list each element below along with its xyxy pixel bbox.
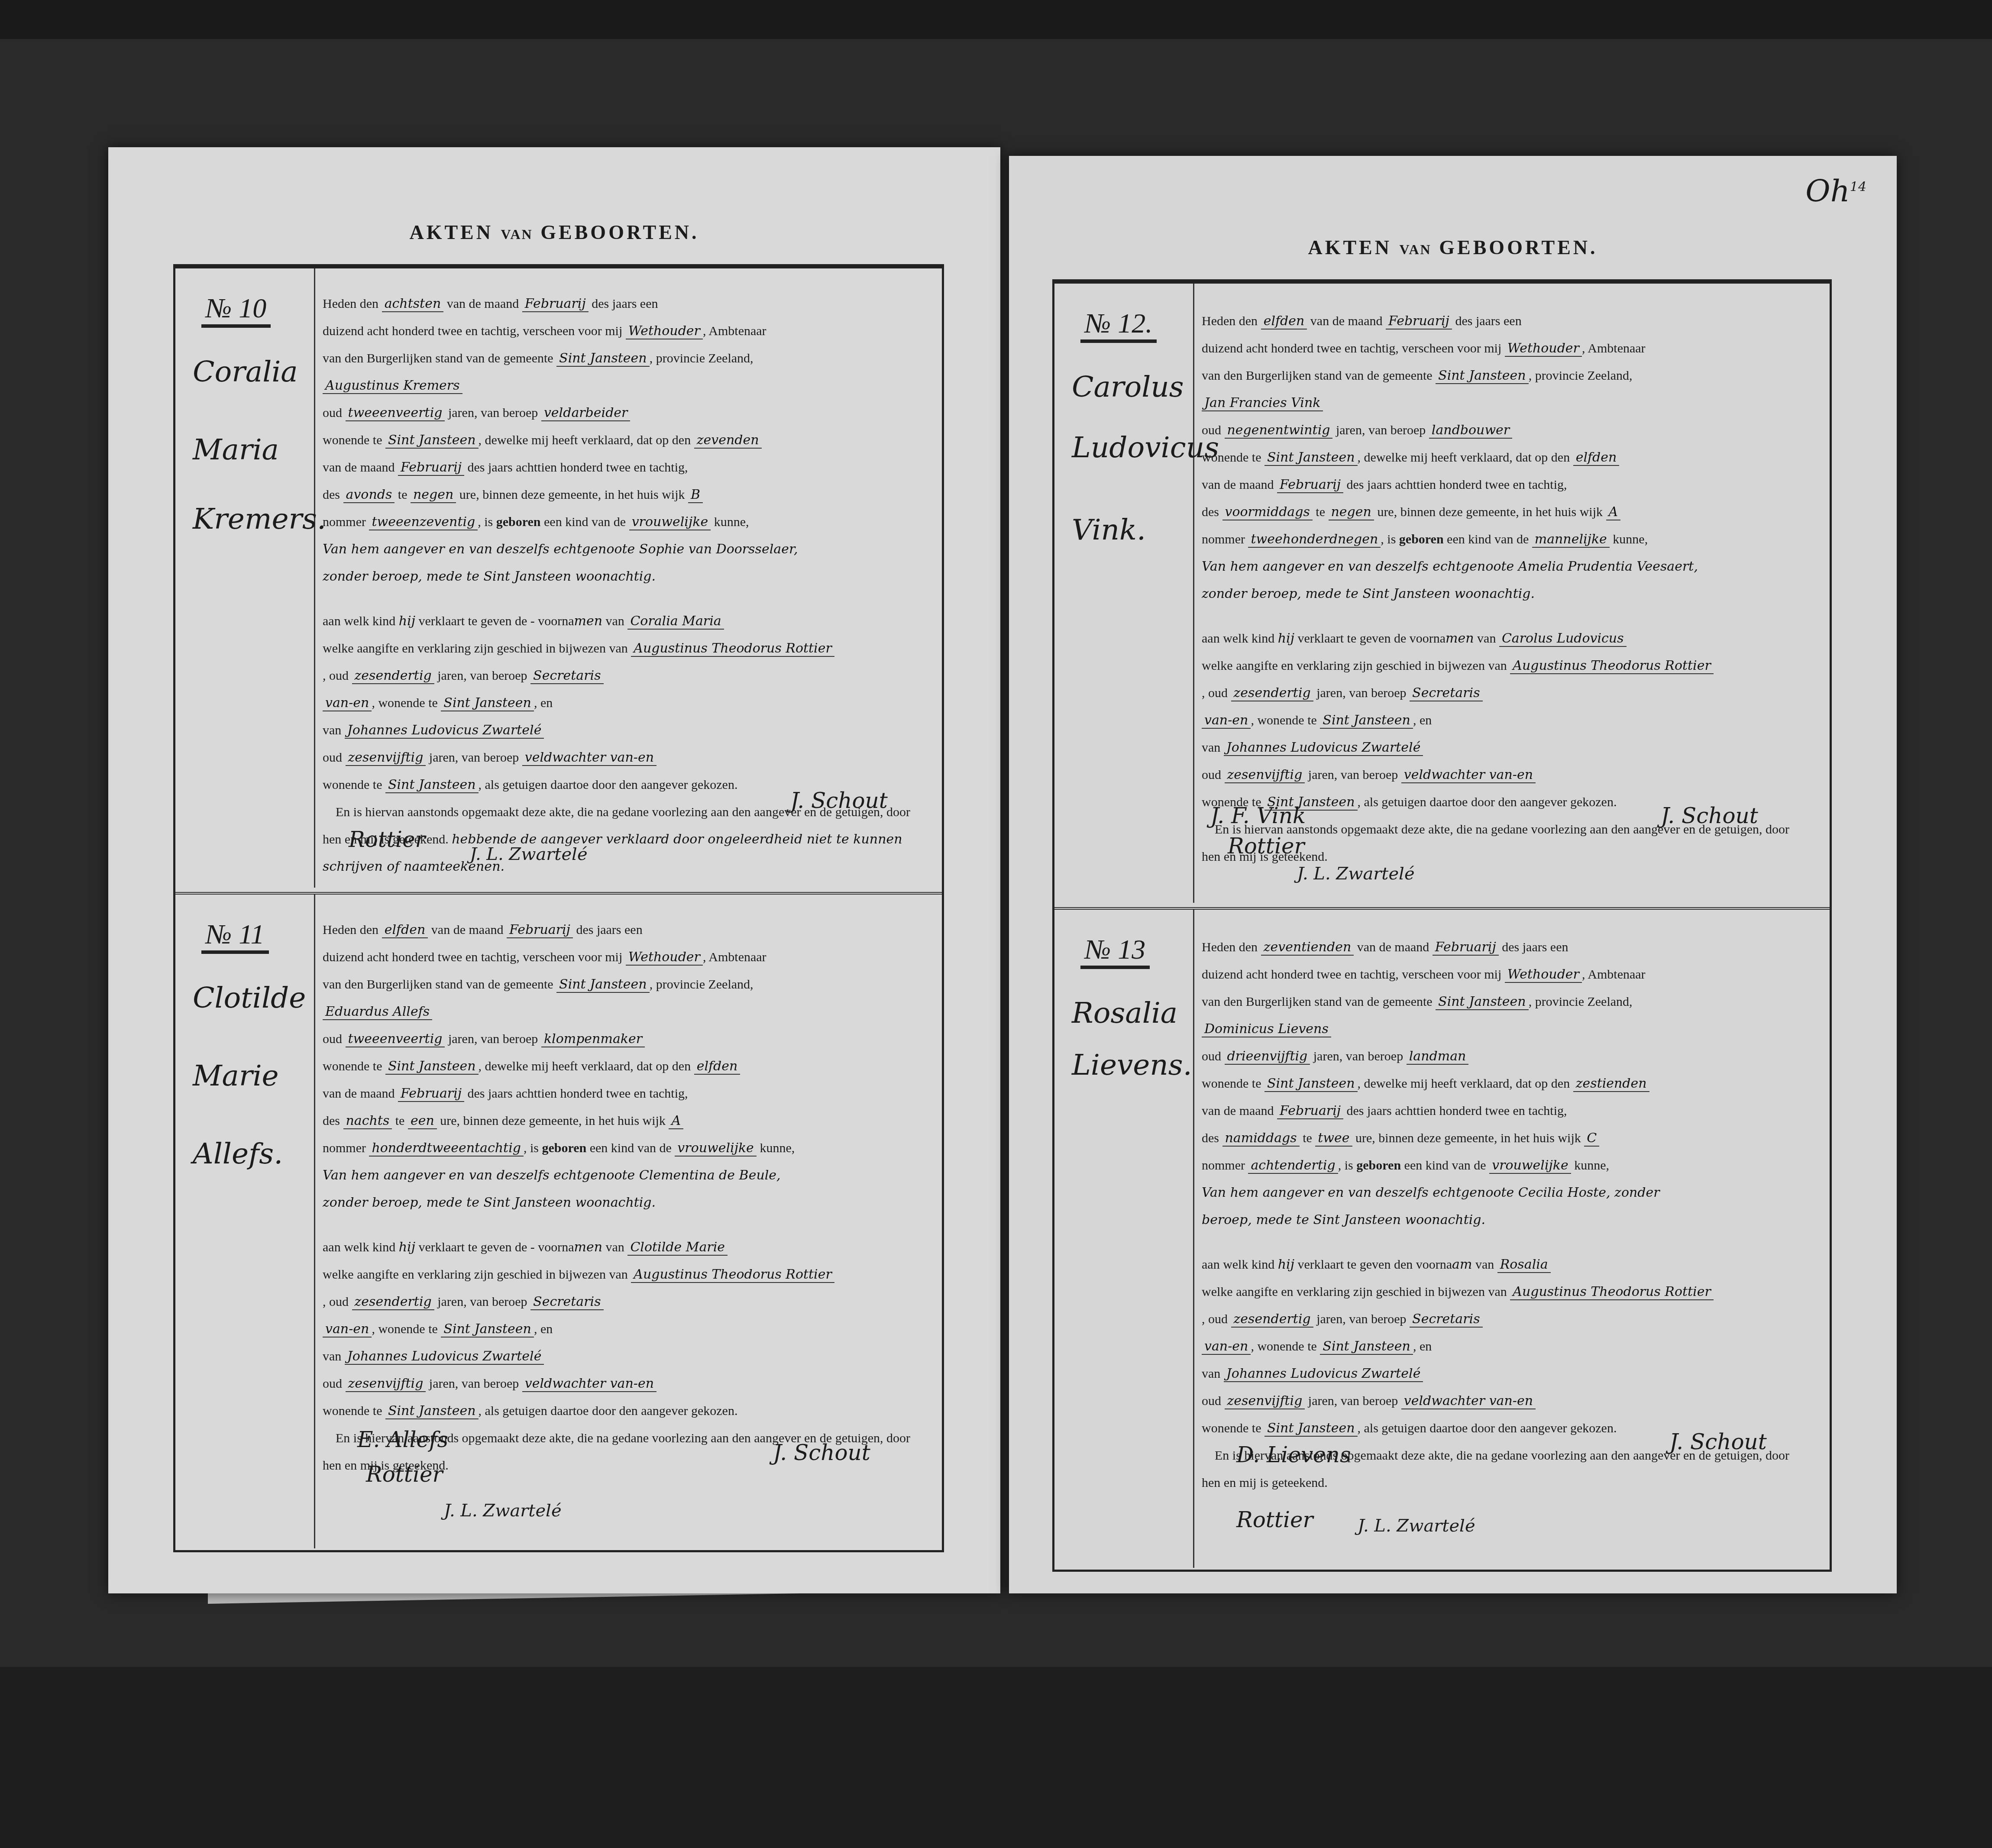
form-text: wonende te	[323, 433, 382, 447]
record-line: van Johannes Ludovicus Zwartelé	[323, 1343, 933, 1370]
form-text: nommer	[1202, 1158, 1245, 1173]
form-text: duizend acht honderd twee en tachtig, ve…	[323, 324, 622, 338]
form-text: , is	[478, 515, 493, 529]
form-text: oud	[323, 1376, 342, 1391]
form-text: , als getuigen daartoe door den aangever…	[479, 778, 738, 792]
handwritten-pronoun: hij	[1278, 1257, 1294, 1272]
handwritten-age: negenentwintig	[1225, 423, 1333, 439]
form-text: oud	[1202, 768, 1221, 782]
form-text: , Ambtenaar	[1582, 967, 1646, 982]
page-title: AKTEN VAN GEBOORTEN.	[108, 221, 1000, 244]
handwritten-pronoun: hij	[399, 614, 415, 629]
signature: J. L. Zwartelé	[1297, 864, 1415, 884]
handwritten-wijk: A	[1606, 504, 1621, 520]
form-text: jaren, van beroep	[429, 1376, 519, 1391]
form-text: geboren	[1356, 1158, 1401, 1173]
record-margin: № 11 Clotilde Marie Allefs.	[175, 895, 315, 1548]
handwritten-mother: zonder beroep, mede te Sint Jansteen woo…	[1202, 586, 1535, 601]
form-text: , dewelke mij heeft verklaard, dat op de…	[479, 1059, 691, 1073]
handwritten-declarant: Jan Francies Vink	[1202, 395, 1323, 411]
form-text: Heden den	[1202, 314, 1258, 328]
handwritten-occupation: klompenmaker	[541, 1031, 645, 1047]
handwritten-time-of-day: nachts	[343, 1113, 392, 1129]
handwritten-pronoun: hij	[399, 1240, 415, 1255]
handwritten-month: Februarij	[522, 296, 589, 312]
form-text: jaren, van beroep	[429, 750, 519, 765]
handwritten-witness-residence: Sint Jansteen	[441, 1321, 534, 1338]
form-text: ure, binnen deze gemeente, in het huis w…	[1355, 1131, 1581, 1145]
handwritten-sex: mannelijke	[1532, 532, 1610, 548]
form-text: des jaars een	[1502, 940, 1568, 954]
signature: Rottier	[366, 1462, 443, 1487]
record-line: welke aangifte en verklaring zijn geschi…	[323, 1261, 933, 1288]
handwritten-occupation: landbouwer	[1429, 423, 1512, 439]
form-text: voorna	[538, 1240, 574, 1254]
form-text: van	[323, 723, 341, 737]
handwritten-official: Wethouder	[626, 950, 703, 966]
handwritten-witness-occupation: Secretaris	[530, 1294, 603, 1310]
record-line: welke aangifte en verklaring zijn geschi…	[323, 635, 933, 662]
handwritten-birth-month: Februarij	[1277, 1103, 1343, 1119]
handwritten-hour: twee	[1315, 1131, 1352, 1147]
records-frame: № 12. Carolus Ludovicus Vink. Heden den …	[1052, 279, 1832, 1572]
form-text: te	[395, 1114, 405, 1128]
record-line: , oud zesendertig jaren, van beroep Secr…	[1202, 1305, 1821, 1333]
record-line: van den Burgerlijken stand van de gemeen…	[1202, 988, 1821, 1015]
form-text: welke aangifte en verklaring zijn geschi…	[1202, 1285, 1507, 1299]
handwritten-given-names: Rosalia	[1497, 1257, 1551, 1273]
form-text: des jaars achttien honderd twee en tacht…	[468, 1086, 688, 1101]
form-text: , en	[1413, 713, 1432, 727]
handwritten-birth-month: Februarij	[398, 1086, 464, 1102]
handwritten-day: achtsten	[382, 296, 444, 312]
margin-child-name: Carolus	[1072, 370, 1184, 404]
form-text: des jaars een	[576, 923, 642, 937]
handwritten-birth-day: zestienden	[1573, 1076, 1649, 1092]
handwritten-declarant: Dominicus Lievens	[1202, 1021, 1331, 1037]
record-line: welke aangifte en verklaring zijn geschi…	[1202, 652, 1821, 679]
title-word: AKTEN	[1308, 236, 1392, 258]
margin-child-name: Rosalia	[1072, 996, 1177, 1030]
form-text: welke aangifte en verklaring zijn geschi…	[323, 641, 628, 656]
folio-number: 14	[1850, 179, 1866, 194]
handwritten-witness: Augustinus Theodorus Rottier	[1510, 1284, 1714, 1300]
handwritten-residence: Sint Jansteen	[1264, 450, 1358, 466]
form-text: , provincie Zeeland,	[650, 977, 753, 992]
form-text: van	[323, 1349, 341, 1363]
form-text: oud	[1202, 1394, 1221, 1408]
form-text: , dewelke mij heeft verklaard, dat op de…	[1358, 1076, 1570, 1091]
handwritten-official: Wethouder	[1505, 967, 1582, 983]
handwritten-witness: Augustinus Theodorus Rottier	[631, 641, 834, 657]
handwritten-witness-age: zesendertig	[352, 668, 434, 684]
form-text: geboren	[1399, 532, 1444, 546]
handwritten-witness-age: zesendertig	[1231, 685, 1313, 701]
record-line: wonende te Sint Jansteen, dewelke mij he…	[1202, 1070, 1821, 1097]
form-text: , en	[534, 1322, 553, 1336]
handwritten-municipality: Sint Jansteen	[556, 977, 650, 993]
handwritten-occupation: veldarbeider	[541, 405, 631, 421]
signature: J. Schout	[1661, 803, 1758, 828]
margin-child-name: Lievens.	[1072, 1048, 1192, 1082]
form-text: van de maand	[1357, 940, 1429, 954]
form-text: van de maand	[431, 923, 504, 937]
handwritten-declarant: Eduardus Allefs	[323, 1004, 432, 1020]
handwritten-given-names: Clotilde Marie	[627, 1240, 728, 1256]
margin-child-name: Vink.	[1072, 513, 1146, 546]
record-line: Eduardus Allefs	[323, 998, 933, 1025]
handwritten-witness-occupation: van-en	[323, 1321, 372, 1338]
handwritten-witness-occupation: veldwachter van-en	[522, 750, 656, 766]
form-text: wonende te	[1202, 1076, 1261, 1091]
records-frame: № 10 Coralia Maria Kremers. Heden den ac…	[173, 264, 944, 1552]
form-text: een kind van de	[1404, 1158, 1486, 1173]
handwritten-witness: Augustinus Theodorus Rottier	[631, 1267, 834, 1283]
handwritten-age: drieenvijftig	[1225, 1049, 1310, 1065]
handwritten-wijk: C	[1584, 1131, 1599, 1147]
form-text: van de maand	[323, 1086, 395, 1101]
form-text: nommer	[323, 515, 366, 529]
form-text: verklaart te geven	[419, 1240, 512, 1254]
form-text: , provincie Zeeland,	[650, 351, 753, 365]
form-text: , oud	[323, 1295, 349, 1309]
record-line: Heden den elfden van de maand Februarij …	[1202, 307, 1821, 335]
form-text: van	[1475, 1257, 1494, 1272]
handwritten-month: Februarij	[1433, 940, 1499, 956]
form-text: oud	[323, 750, 342, 765]
record-line: wonende te Sint Jansteen, dewelke mij he…	[323, 426, 933, 454]
folio-initials: Oh	[1805, 173, 1850, 209]
record-line: van de maand Februarij des jaars achttie…	[323, 1080, 933, 1107]
form-text: , is	[524, 1141, 539, 1155]
record-body: Heden den zeventienden van de maand Febr…	[1202, 934, 1821, 1496]
record-line: van Johannes Ludovicus Zwartelé	[1202, 734, 1821, 761]
record-line: oud zesenvijftig jaren, van beroep veldw…	[323, 1370, 933, 1397]
handwritten-time-of-day: namiddags	[1222, 1131, 1300, 1147]
form-text: oud	[323, 1032, 342, 1046]
form-text: ure, binnen deze gemeente, in het huis w…	[1377, 505, 1603, 519]
form-text: , als getuigen daartoe door den aangever…	[1358, 795, 1617, 809]
form-text: des jaars een	[1455, 314, 1521, 328]
handwritten-birth-day: elfden	[1573, 450, 1620, 466]
form-text: jaren, van beroep	[437, 1295, 527, 1309]
record-line: van de maand Februarij des jaars achttie…	[1202, 1097, 1821, 1124]
form-text: van den Burgerlijken stand van de gemeen…	[1202, 995, 1433, 1009]
signature: J. Schout	[790, 788, 888, 813]
handwritten-witness-residence: Sint Jansteen	[441, 695, 534, 711]
form-text: duizend acht honderd twee en tachtig, ve…	[1202, 967, 1501, 982]
handwritten-birth-day: elfden	[694, 1059, 741, 1075]
form-text: Heden den	[323, 297, 378, 311]
record-line: duizend acht honderd twee en tachtig, ve…	[323, 943, 933, 971]
handwritten-witness-residence: Sint Jansteen	[1264, 1421, 1358, 1437]
handwritten-witness-age: zesenvijftig	[346, 750, 426, 766]
form-text: aan welk kind	[323, 614, 395, 628]
record-line: duizend acht honderd twee en tachtig, ve…	[1202, 335, 1821, 362]
signature: J. Schout	[773, 1440, 870, 1465]
handwritten-municipality: Sint Jansteen	[1436, 368, 1529, 384]
handwritten-mother: Van hem aangever en van deszelfs echtgen…	[1202, 559, 1698, 574]
margin-child-name: Allefs.	[193, 1137, 283, 1170]
form-text: jaren, van beroep	[1308, 1394, 1398, 1408]
form-text: wonende te	[1202, 450, 1261, 465]
handwritten-residence: Sint Jansteen	[385, 433, 479, 449]
record-line: oud tweeenveertig jaren, van beroep klom…	[323, 1025, 933, 1053]
record-line: van de maand Februarij des jaars achttie…	[1202, 471, 1821, 498]
title-word: GEBOORTEN.	[540, 221, 699, 243]
form-text: , dewelke mij heeft verklaard, dat op de…	[1358, 450, 1570, 465]
handwritten-house-number: honderdtweeentachtig	[369, 1140, 523, 1157]
handwritten-municipality: Sint Jansteen	[556, 351, 650, 367]
form-text: de -	[515, 1240, 535, 1254]
form-text: jaren, van beroep	[1313, 1049, 1403, 1063]
record-line: oud negenentwintig jaren, van beroep lan…	[1202, 417, 1821, 444]
signature: J. L. Zwartelé	[470, 844, 588, 864]
record-number: № 12.	[1080, 307, 1157, 343]
record-line: Van hem aangever en van deszelfs echtgen…	[1202, 553, 1821, 580]
folio-mark: Oh14	[1805, 173, 1866, 209]
signature: J. F. Vink	[1210, 803, 1306, 828]
record-line: schrijven of naamteekenen.	[323, 853, 933, 880]
signature: Rottier	[1228, 834, 1304, 859]
margin-child-name: Coralia	[193, 355, 298, 388]
form-text: van de maand	[1310, 314, 1383, 328]
record-line: duizend acht honderd twee en tachtig, ve…	[1202, 961, 1821, 988]
page-title: AKTEN VAN GEBOORTEN.	[1009, 236, 1897, 259]
left-page: AKTEN VAN GEBOORTEN. № 10 Coralia Maria …	[108, 147, 1000, 1593]
record-line: van de maand Februarij des jaars achttie…	[323, 454, 933, 481]
record-line: nommer tweehonderdnegen, is geboren een …	[1202, 526, 1821, 553]
handwritten-witness-occupation: veldwachter van-en	[522, 1376, 656, 1392]
handwritten-witness: Johannes Ludovicus Zwartelé	[345, 723, 544, 739]
handwritten-witness: Augustinus Theodorus Rottier	[1510, 658, 1714, 674]
form-text: des	[323, 1114, 340, 1128]
form-text: een kind van de	[1447, 532, 1529, 546]
form-text: jaren, van beroep	[448, 406, 538, 420]
handwritten-suffix: men	[574, 614, 603, 629]
record-line: van den Burgerlijken stand van de gemeen…	[323, 345, 933, 372]
form-text: verklaart te geven	[419, 614, 512, 628]
handwritten-wijk: B	[688, 487, 703, 503]
handwritten-official: Wethouder	[626, 323, 703, 339]
handwritten-mother: zonder beroep, mede te Sint Jansteen woo…	[323, 569, 656, 584]
form-text: , provincie Zeeland,	[1529, 995, 1633, 1009]
record-line: van-en, wonende te Sint Jansteen, en	[1202, 707, 1821, 734]
handwritten-witness-occupation: veldwachter van-en	[1401, 767, 1536, 783]
form-text: verklaart te geven	[1298, 631, 1391, 646]
record-line: Jan Francies Vink	[1202, 389, 1821, 417]
form-text: ure, binnen deze gemeente, in het huis w…	[440, 1114, 666, 1128]
handwritten-hour: een	[408, 1113, 437, 1129]
record-line: oud drieenvijftig jaren, van beroep land…	[1202, 1043, 1821, 1070]
form-text: kunne,	[1613, 532, 1648, 546]
handwritten-witness-age: zesenvijftig	[1225, 767, 1305, 783]
record-line: aan welk kind hij verklaart te geven de …	[1202, 625, 1821, 652]
form-text: , is	[1338, 1158, 1353, 1173]
record-line: , oud zesendertig jaren, van beroep Secr…	[323, 662, 933, 689]
scanner-band-top	[0, 0, 1992, 39]
form-text: van	[606, 614, 624, 628]
record-line: wonende te Sint Jansteen, als getuigen d…	[323, 1397, 933, 1425]
record-line: van-en, wonende te Sint Jansteen, en	[323, 689, 933, 717]
record-line: , oud zesendertig jaren, van beroep Secr…	[1202, 679, 1821, 707]
handwritten-witness-residence: Sint Jansteen	[385, 1403, 479, 1419]
handwritten-witness-occupation: van-en	[1202, 1339, 1251, 1355]
handwritten-house-number: achtendertig	[1248, 1158, 1338, 1174]
record-line: aan welk kind hij verklaart te geven de …	[323, 1234, 933, 1261]
handwritten-age: tweeenveertig	[346, 405, 445, 421]
handwritten-day: zeventienden	[1261, 940, 1354, 956]
handwritten-municipality: Sint Jansteen	[1436, 994, 1529, 1010]
record-line: duizend acht honderd twee en tachtig, ve…	[323, 317, 933, 345]
title-word: VAN	[501, 226, 533, 242]
handwritten-witness: Johannes Ludovicus Zwartelé	[1224, 1366, 1423, 1382]
form-text: , wonende te	[1251, 1339, 1316, 1354]
form-text: van den Burgerlijken stand van de gemeen…	[1202, 368, 1433, 383]
form-text: voorna	[538, 614, 574, 628]
form-text: van de maand	[447, 297, 519, 311]
form-text: nommer	[1202, 532, 1245, 546]
record-line: Heden den elfden van de maand Februarij …	[323, 916, 933, 943]
form-text: hen en mij is geteekend.	[1202, 1476, 1328, 1490]
handwritten-pronoun: hij	[1278, 631, 1294, 646]
handwritten-birth-month: Februarij	[1277, 477, 1343, 493]
handwritten-witness-residence: Sint Jansteen	[385, 777, 479, 793]
record-line: aan welk kind hij verklaart te geven de …	[323, 607, 933, 635]
form-text: jaren, van beroep	[1308, 768, 1398, 782]
form-text: de	[1394, 631, 1406, 646]
form-text: oud	[1202, 1049, 1221, 1063]
record-line: Van hem aangever en van deszelfs echtgen…	[323, 536, 933, 563]
handwritten-sex: vrouwelijke	[675, 1140, 757, 1157]
handwritten-mother: zonder beroep, mede te Sint Jansteen woo…	[323, 1195, 656, 1210]
handwritten-occupation: landman	[1407, 1049, 1469, 1065]
form-text: ure, binnen deze gemeente, in het huis w…	[459, 488, 685, 502]
birth-record-12: № 12. Carolus Ludovicus Vink. Heden den …	[1054, 284, 1830, 903]
form-text: des jaars achttien honderd twee en tacht…	[468, 460, 688, 475]
handwritten-birth-day: zevenden	[694, 433, 762, 449]
handwritten-residence: Sint Jansteen	[385, 1059, 479, 1075]
record-line: van den Burgerlijken stand van de gemeen…	[1202, 362, 1821, 389]
signature: Rottier	[1236, 1507, 1313, 1532]
form-text: den	[1394, 1257, 1413, 1272]
form-text: wonende te	[323, 778, 382, 792]
form-text: kunne,	[1574, 1158, 1609, 1173]
form-text: voorna	[1410, 631, 1445, 646]
record-line: wonende te Sint Jansteen, dewelke mij he…	[323, 1053, 933, 1080]
handwritten-month: Februarij	[1386, 313, 1452, 330]
form-text: duizend acht honderd twee en tachtig, ve…	[323, 950, 622, 964]
record-line: Heden den achtsten van de maand Februari…	[323, 290, 933, 317]
form-text: te	[1316, 505, 1325, 519]
handwritten-sex: vrouwelijke	[1489, 1158, 1571, 1174]
record-line: des avonds te negen ure, binnen deze gem…	[323, 481, 933, 508]
record-margin: № 12. Carolus Ludovicus Vink.	[1054, 284, 1194, 903]
form-text: jaren, van beroep	[448, 1032, 538, 1046]
form-text: van	[606, 1240, 624, 1254]
record-line: nommer tweeenzeventig, is geboren een ki…	[323, 508, 933, 536]
form-text: de -	[515, 614, 535, 628]
title-word: VAN	[1400, 242, 1432, 257]
handwritten-suffix: am	[1452, 1257, 1472, 1272]
scanner-band-bottom	[0, 1667, 1992, 1848]
form-text: Heden den	[1202, 940, 1258, 954]
record-line: Van hem aangever en van deszelfs echtgen…	[323, 1162, 933, 1189]
handwritten-witness: Johannes Ludovicus Zwartelé	[345, 1349, 544, 1365]
form-text: verklaart te geven	[1298, 1257, 1391, 1272]
form-text: aan welk kind	[323, 1240, 395, 1254]
form-text: des jaars achttien honderd twee en tacht…	[1347, 478, 1567, 492]
form-text: geboren	[542, 1141, 586, 1155]
handwritten-time-of-day: avonds	[343, 487, 395, 503]
handwritten-sex: vrouwelijke	[629, 514, 711, 530]
record-line: des voormiddags te negen ure, binnen dez…	[1202, 498, 1821, 526]
handwritten-mother: beroep, mede te Sint Jansteen woonachtig…	[1202, 1212, 1485, 1228]
signature: J. L. Zwartelé	[444, 1501, 562, 1521]
handwritten-mother: Van hem aangever en van deszelfs echtgen…	[323, 542, 798, 557]
handwritten-month: Februarij	[507, 922, 573, 938]
form-text: , provincie Zeeland,	[1529, 368, 1633, 383]
form-text: , Ambtenaar	[703, 950, 766, 964]
form-text: , Ambtenaar	[703, 324, 766, 338]
handwritten-suffix: men	[1445, 631, 1474, 646]
form-text: , oud	[323, 669, 349, 683]
form-text: des	[1202, 1131, 1219, 1145]
handwritten-witness-occupation: Secretaris	[1410, 1312, 1482, 1328]
signature: E. Allefs	[357, 1427, 448, 1452]
form-text: des	[323, 488, 340, 502]
signature: Rottier	[349, 827, 425, 852]
form-text: een kind van de	[590, 1141, 672, 1155]
form-text: een kind van de	[544, 515, 626, 529]
form-text: , wonende te	[1251, 713, 1316, 727]
record-line: van Johannes Ludovicus Zwartelé	[1202, 1360, 1821, 1387]
record-margin: № 13 Rosalia Lievens.	[1054, 910, 1194, 1568]
form-text: , oud	[1202, 686, 1228, 700]
record-line: zonder beroep, mede te Sint Jansteen woo…	[323, 1189, 933, 1216]
handwritten-witness-occupation: Secretaris	[530, 668, 603, 684]
form-text: , als getuigen daartoe door den aangever…	[479, 1404, 738, 1418]
form-text: wonende te	[1202, 1421, 1261, 1435]
form-text: wonende te	[323, 1059, 382, 1073]
form-text: kunne,	[714, 515, 749, 529]
handwritten-birth-month: Februarij	[398, 460, 464, 476]
form-text: van de maand	[323, 460, 395, 475]
handwritten-official: Wethouder	[1505, 341, 1582, 357]
record-line: oud zesenvijftig jaren, van beroep veldw…	[323, 744, 933, 771]
form-text: oud	[1202, 423, 1221, 437]
form-text: geboren	[496, 515, 541, 529]
handwritten-witness-occupation: Secretaris	[1410, 685, 1482, 701]
right-page: Oh14 AKTEN VAN GEBOORTEN. № 12. Carolus …	[1009, 156, 1897, 1593]
form-text: , is	[1381, 532, 1396, 546]
handwritten-hour: negen	[411, 487, 456, 503]
handwritten-mother: Van hem aangever en van deszelfs echtgen…	[1202, 1185, 1660, 1200]
record-number: № 10	[201, 292, 271, 328]
record-line: oud zesenvijftig jaren, van beroep veldw…	[1202, 761, 1821, 788]
form-text: van de maand	[1202, 478, 1274, 492]
form-text: nommer	[323, 1141, 366, 1155]
title-word: AKTEN	[409, 221, 493, 243]
form-text: , dewelke mij heeft verklaard, dat op de…	[479, 433, 691, 447]
form-text: jaren, van beroep	[437, 669, 527, 683]
margin-child-name: Maria	[193, 433, 279, 466]
record-line: nommer achtendertig, is geboren een kind…	[1202, 1152, 1821, 1179]
handwritten-witness-age: zesenvijftig	[1225, 1393, 1305, 1409]
form-text: des jaars een	[592, 297, 658, 311]
form-text: van de maand	[1202, 1104, 1274, 1118]
handwritten-witness-age: zesendertig	[1231, 1312, 1313, 1328]
